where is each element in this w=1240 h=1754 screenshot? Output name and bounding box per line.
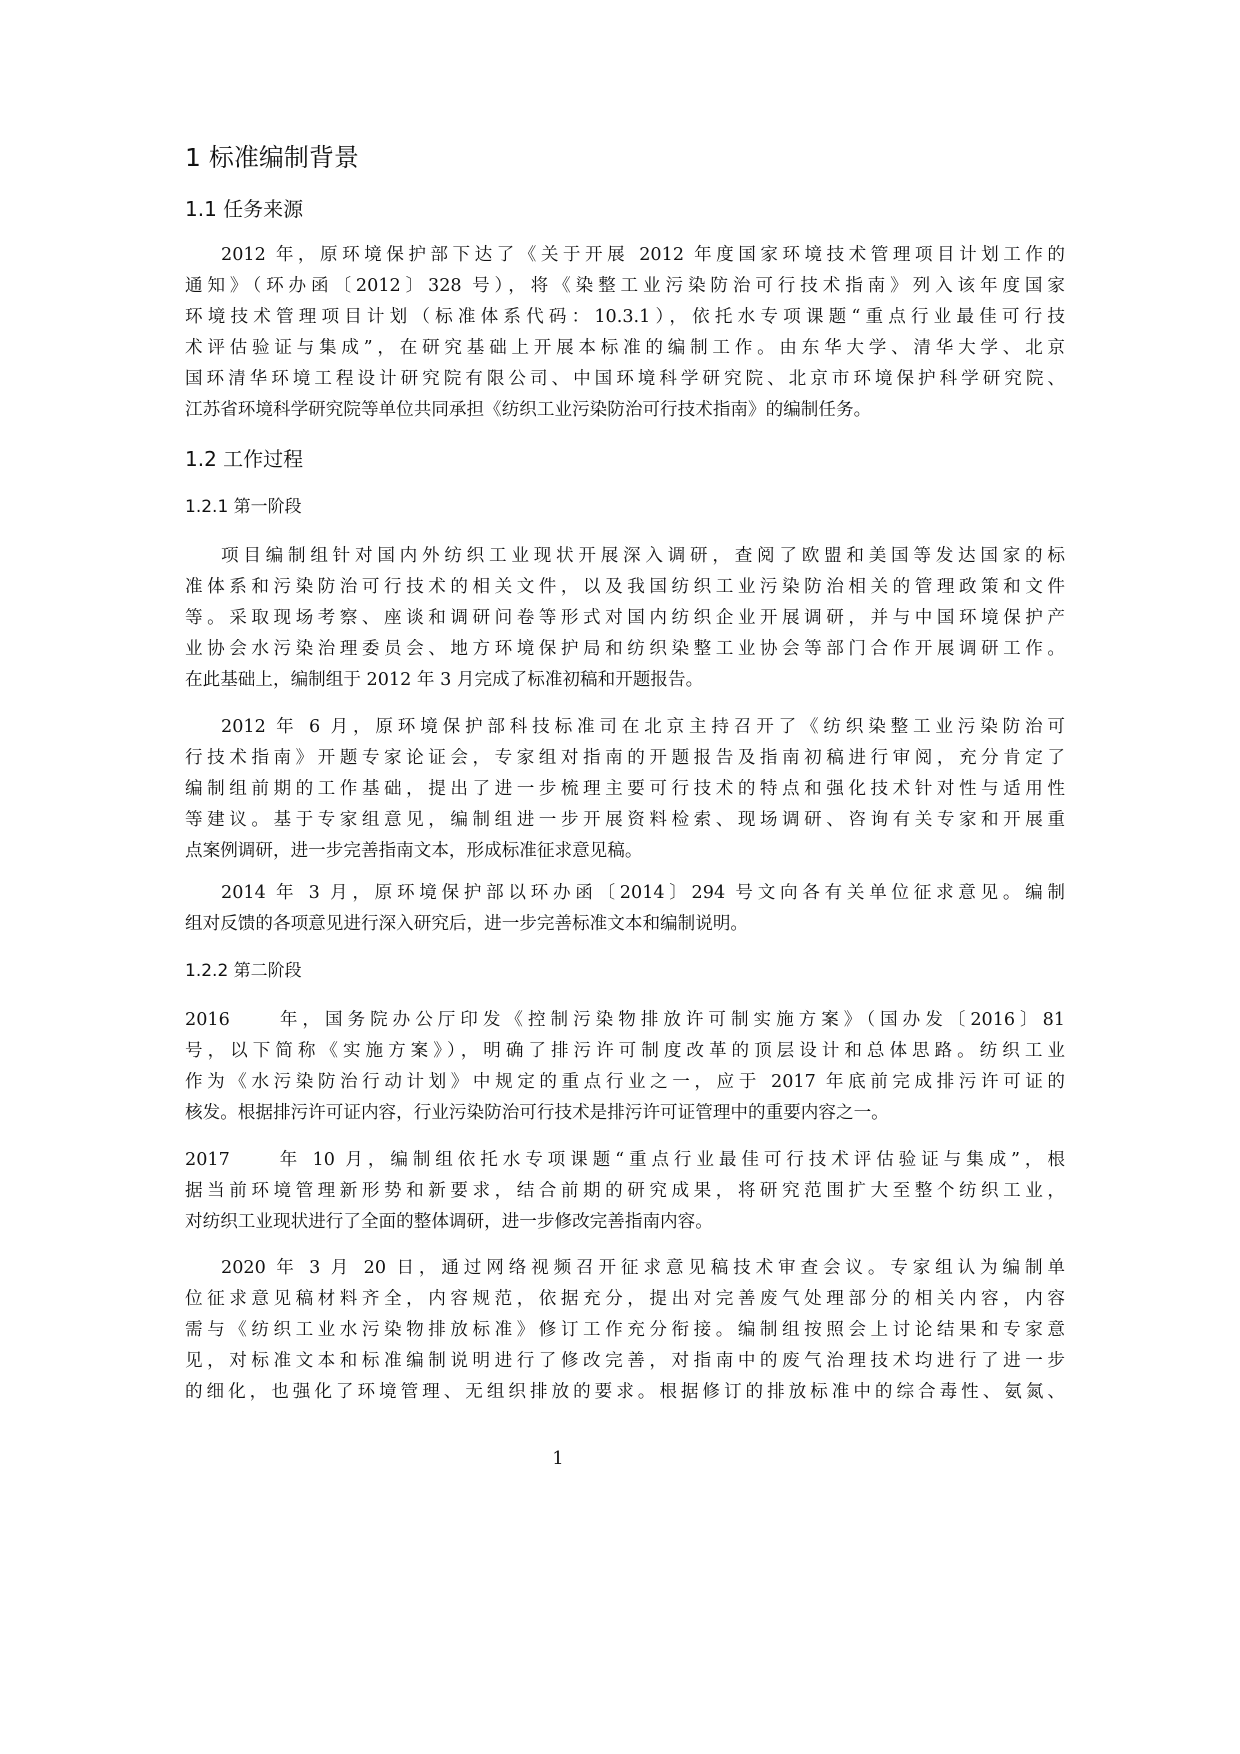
text-line: 环境技术管理项目计划（标准体系代码：10.3.1），依托水专项课题“重点行业最佳… xyxy=(185,302,1065,333)
text-line: 2016 年，国务院办公厅印发《控制污染物排放许可制实施方案》（国办发〔2016… xyxy=(185,1005,1065,1036)
text-line: 需与《纺织工业水污染物排放标准》修订工作充分衔接。编制组按照会上讨论结果和专家意 xyxy=(185,1315,1065,1346)
text-line: 江苏省环境科学研究院等单位共同承担《纺织工业污染防治可行技术指南》的编制任务。 xyxy=(185,395,1065,426)
text-line: 在此基础上，编制组于 2012 年 3 月完成了标准初稿和开题报告。 xyxy=(185,665,1065,696)
text-line: 2020 年 3 月 20 日，通过网络视频召开征求意见稿技术审查会议。专家组认… xyxy=(185,1253,1065,1284)
text-line: 点案例调研，进一步完善指南文本，形成标准征求意见稿。 xyxy=(185,836,1065,867)
paragraph-phase-two-2016: 2016 年，国务院办公厅印发《控制污染物排放许可制实施方案》（国办发〔2016… xyxy=(185,1005,1065,1129)
text-line: 位征求意见稿材料齐全，内容规范，依据充分，提出对完善废气处理部分的相关内容，内容 xyxy=(185,1284,1065,1315)
paragraph-phase-two-2017: 2017 年 10 月，编制组依托水专项课题“重点行业最佳可行技术评估验证与集成… xyxy=(185,1145,1065,1238)
paragraph-phase-one-comments: 2014 年 3 月，原环境保护部以环办函〔2014〕294 号文向各有关单位征… xyxy=(185,878,1065,940)
page-number: 1 xyxy=(548,1447,568,1471)
paragraph-task-source: 2012 年，原环境保护部下达了《关于开展 2012 年度国家环境技术管理项目计… xyxy=(185,240,1065,426)
text-line: 2014 年 3 月，原环境保护部以环办函〔2014〕294 号文向各有关单位征… xyxy=(185,878,1065,909)
text-line: 编制组前期的工作基础，提出了进一步梳理主要可行技术的特点和强化技术针对性与适用性 xyxy=(185,774,1065,805)
text-line: 国环清华环境工程设计研究院有限公司、中国环境科学研究院、北京市环境保护科学研究院… xyxy=(185,364,1065,395)
heading-task-source: 1.1 任务来源 xyxy=(185,194,303,224)
text-line: 项目编制组针对国内外纺织工业现状开展深入调研，查阅了欧盟和美国等发达国家的标 xyxy=(185,541,1065,572)
text-line: 作为《水污染防治行动计划》中规定的重点行业之一，应于 2017 年底前完成排污许… xyxy=(185,1067,1065,1098)
text-line: 的细化，也强化了环境管理、无组织排放的要求。根据修订的排放标准中的综合毒性、氨氮… xyxy=(185,1377,1065,1408)
text-line: 业协会水污染治理委员会、地方环境保护局和纺织染整工业协会等部门合作开展调研工作。 xyxy=(185,634,1065,665)
heading-work-process: 1.2 工作过程 xyxy=(185,444,303,474)
text-line: 通知》（环办函〔2012〕328 号），将《染整工业污染防治可行技术指南》列入该… xyxy=(185,271,1065,302)
text-line: 组对反馈的各项意见进行深入研究后，进一步完善标准文本和编制说明。 xyxy=(185,909,1065,940)
text-line: 等。采取现场考察、座谈和调研问卷等形式对国内纺织企业开展调研，并与中国环境保护产 xyxy=(185,603,1065,634)
text-line: 准体系和污染防治可行技术的相关文件，以及我国纺织工业污染防治相关的管理政策和文件 xyxy=(185,572,1065,603)
text-line: 2017 年 10 月，编制组依托水专项课题“重点行业最佳可行技术评估验证与集成… xyxy=(185,1145,1065,1176)
paragraph-phase-one-review: 2012 年 6 月，原环境保护部科技标准司在北京主持召开了《纺织染整工业污染防… xyxy=(185,712,1065,867)
text-line: 2012 年，原环境保护部下达了《关于开展 2012 年度国家环境技术管理项目计… xyxy=(185,240,1065,271)
paragraph-phase-two-2020: 2020 年 3 月 20 日，通过网络视频召开征求意见稿技术审查会议。专家组认… xyxy=(185,1253,1065,1408)
text-line: 等建议。基于专家组意见，编制组进一步开展资料检索、现场调研、咨询有关专家和开展重 xyxy=(185,805,1065,836)
heading-phase-two: 1.2.2 第二阶段 xyxy=(185,958,302,984)
paragraph-phase-one-research: 项目编制组针对国内外纺织工业现状开展深入调研，查阅了欧盟和美国等发达国家的标 准… xyxy=(185,541,1065,696)
document-page: 1 标准编制背景 1.1 任务来源 2012 年，原环境保护部下达了《关于开展 … xyxy=(0,0,1240,1754)
heading-standard-background: 1 标准编制背景 xyxy=(185,140,359,176)
text-line: 核发。根据排污许可证内容，行业污染防治可行技术是排污许可证管理中的重要内容之一。 xyxy=(185,1098,1065,1129)
text-line: 2012 年 6 月，原环境保护部科技标准司在北京主持召开了《纺织染整工业污染防… xyxy=(185,712,1065,743)
text-line: 行技术指南》开题专家论证会，专家组对指南的开题报告及指南初稿进行审阅，充分肯定了 xyxy=(185,743,1065,774)
text-line: 见，对标准文本和标准编制说明进行了修改完善，对指南中的废气治理技术均进行了进一步 xyxy=(185,1346,1065,1377)
text-line: 对纺织工业现状进行了全面的整体调研，进一步修改完善指南内容。 xyxy=(185,1207,1065,1238)
text-line: 据当前环境管理新形势和新要求，结合前期的研究成果，将研究范围扩大至整个纺织工业， xyxy=(185,1176,1065,1207)
heading-phase-one: 1.2.1 第一阶段 xyxy=(185,494,302,520)
text-line: 号，以下简称《实施方案》），明确了排污许可制度改革的顶层设计和总体思路。纺织工业 xyxy=(185,1036,1065,1067)
text-line: 术评估验证与集成”，在研究基础上开展本标准的编制工作。由东华大学、清华大学、北京 xyxy=(185,333,1065,364)
